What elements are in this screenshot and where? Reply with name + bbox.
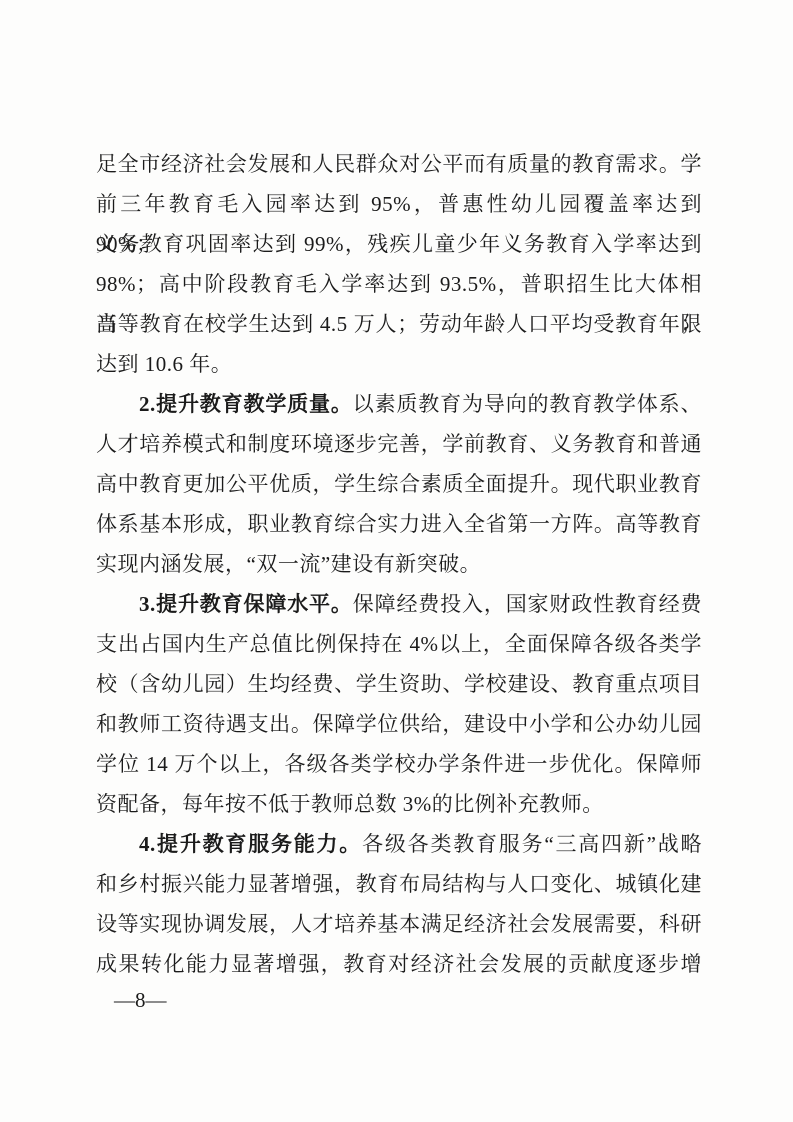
text-line: 义务教育巩固率达到 99%，残疾儿童少年义务教育入学率达到 xyxy=(96,224,702,264)
text-line: 高等教育在校学生达到 4.5 万人；劳动年龄人口平均受教育年限 xyxy=(96,304,702,344)
text-line: 和教师工资待遇支出。保障学位供给，建设中小学和公办幼儿园 xyxy=(96,704,702,744)
text-line: 校（含幼儿园）生均经费、学生资助、学校建设、教育重点项目 xyxy=(96,664,702,704)
text-line: 人才培养模式和制度环境逐步完善，学前教育、义务教育和普通 xyxy=(96,424,702,464)
text-line: 成果转化能力显著增强，教育对经济社会发展的贡献度逐步增 xyxy=(96,944,702,984)
text-line: 4.提升教育服务能力。各级各类教育服务“三高四新”战略 xyxy=(96,824,702,864)
document-body: 足全市经济社会发展和人民群众对公平而有质量的教育需求。学前三年教育毛入园率达到 … xyxy=(96,144,702,984)
paragraph-heading: 2.提升教育教学质量。 xyxy=(139,392,353,416)
text-line: 体系基本形成，职业教育综合实力进入全省第一方阵。高等教育 xyxy=(96,504,702,544)
text-line: 资配备，每年按不低于教师总数 3%的比例补充教师。 xyxy=(96,784,702,824)
text-line: 2.提升教育教学质量。以素质教育为导向的教育教学体系、 xyxy=(96,384,702,424)
text-line: 实现内涵发展，“双一流”建设有新突破。 xyxy=(96,544,702,584)
text-line: 3.提升教育保障水平。保障经费投入，国家财政性教育经费 xyxy=(96,584,702,624)
text-line: 和乡村振兴能力显著增强，教育布局结构与人口变化、城镇化建 xyxy=(96,864,702,904)
text-line: 支出占国内生产总值比例保持在 4%以上，全面保障各级各类学 xyxy=(96,624,702,664)
text-line: 高中教育更加公平优质，学生综合素质全面提升。现代职业教育 xyxy=(96,464,702,504)
text-line: 设等实现协调发展，人才培养基本满足经济社会发展需要，科研 xyxy=(96,904,702,944)
paragraph-heading: 4.提升教育服务能力。 xyxy=(139,832,362,856)
text-line: 前三年教育毛入园率达到 95%，普惠性幼儿园覆盖率达到 90%； xyxy=(96,184,702,224)
page-number: —8— xyxy=(114,987,167,1013)
paragraph-heading: 3.提升教育保障水平。 xyxy=(139,592,353,616)
text-line: 足全市经济社会发展和人民群众对公平而有质量的教育需求。学 xyxy=(96,144,702,184)
document-page: 足全市经济社会发展和人民群众对公平而有质量的教育需求。学前三年教育毛入园率达到 … xyxy=(0,0,793,1122)
text-line: 达到 10.6 年。 xyxy=(96,344,702,384)
text-line: 学位 14 万个以上，各级各类学校办学条件进一步优化。保障师 xyxy=(96,744,702,784)
text-line: 98%；高中阶段教育毛入学率达到 93.5%，普职招生比大体相当； xyxy=(96,264,702,304)
